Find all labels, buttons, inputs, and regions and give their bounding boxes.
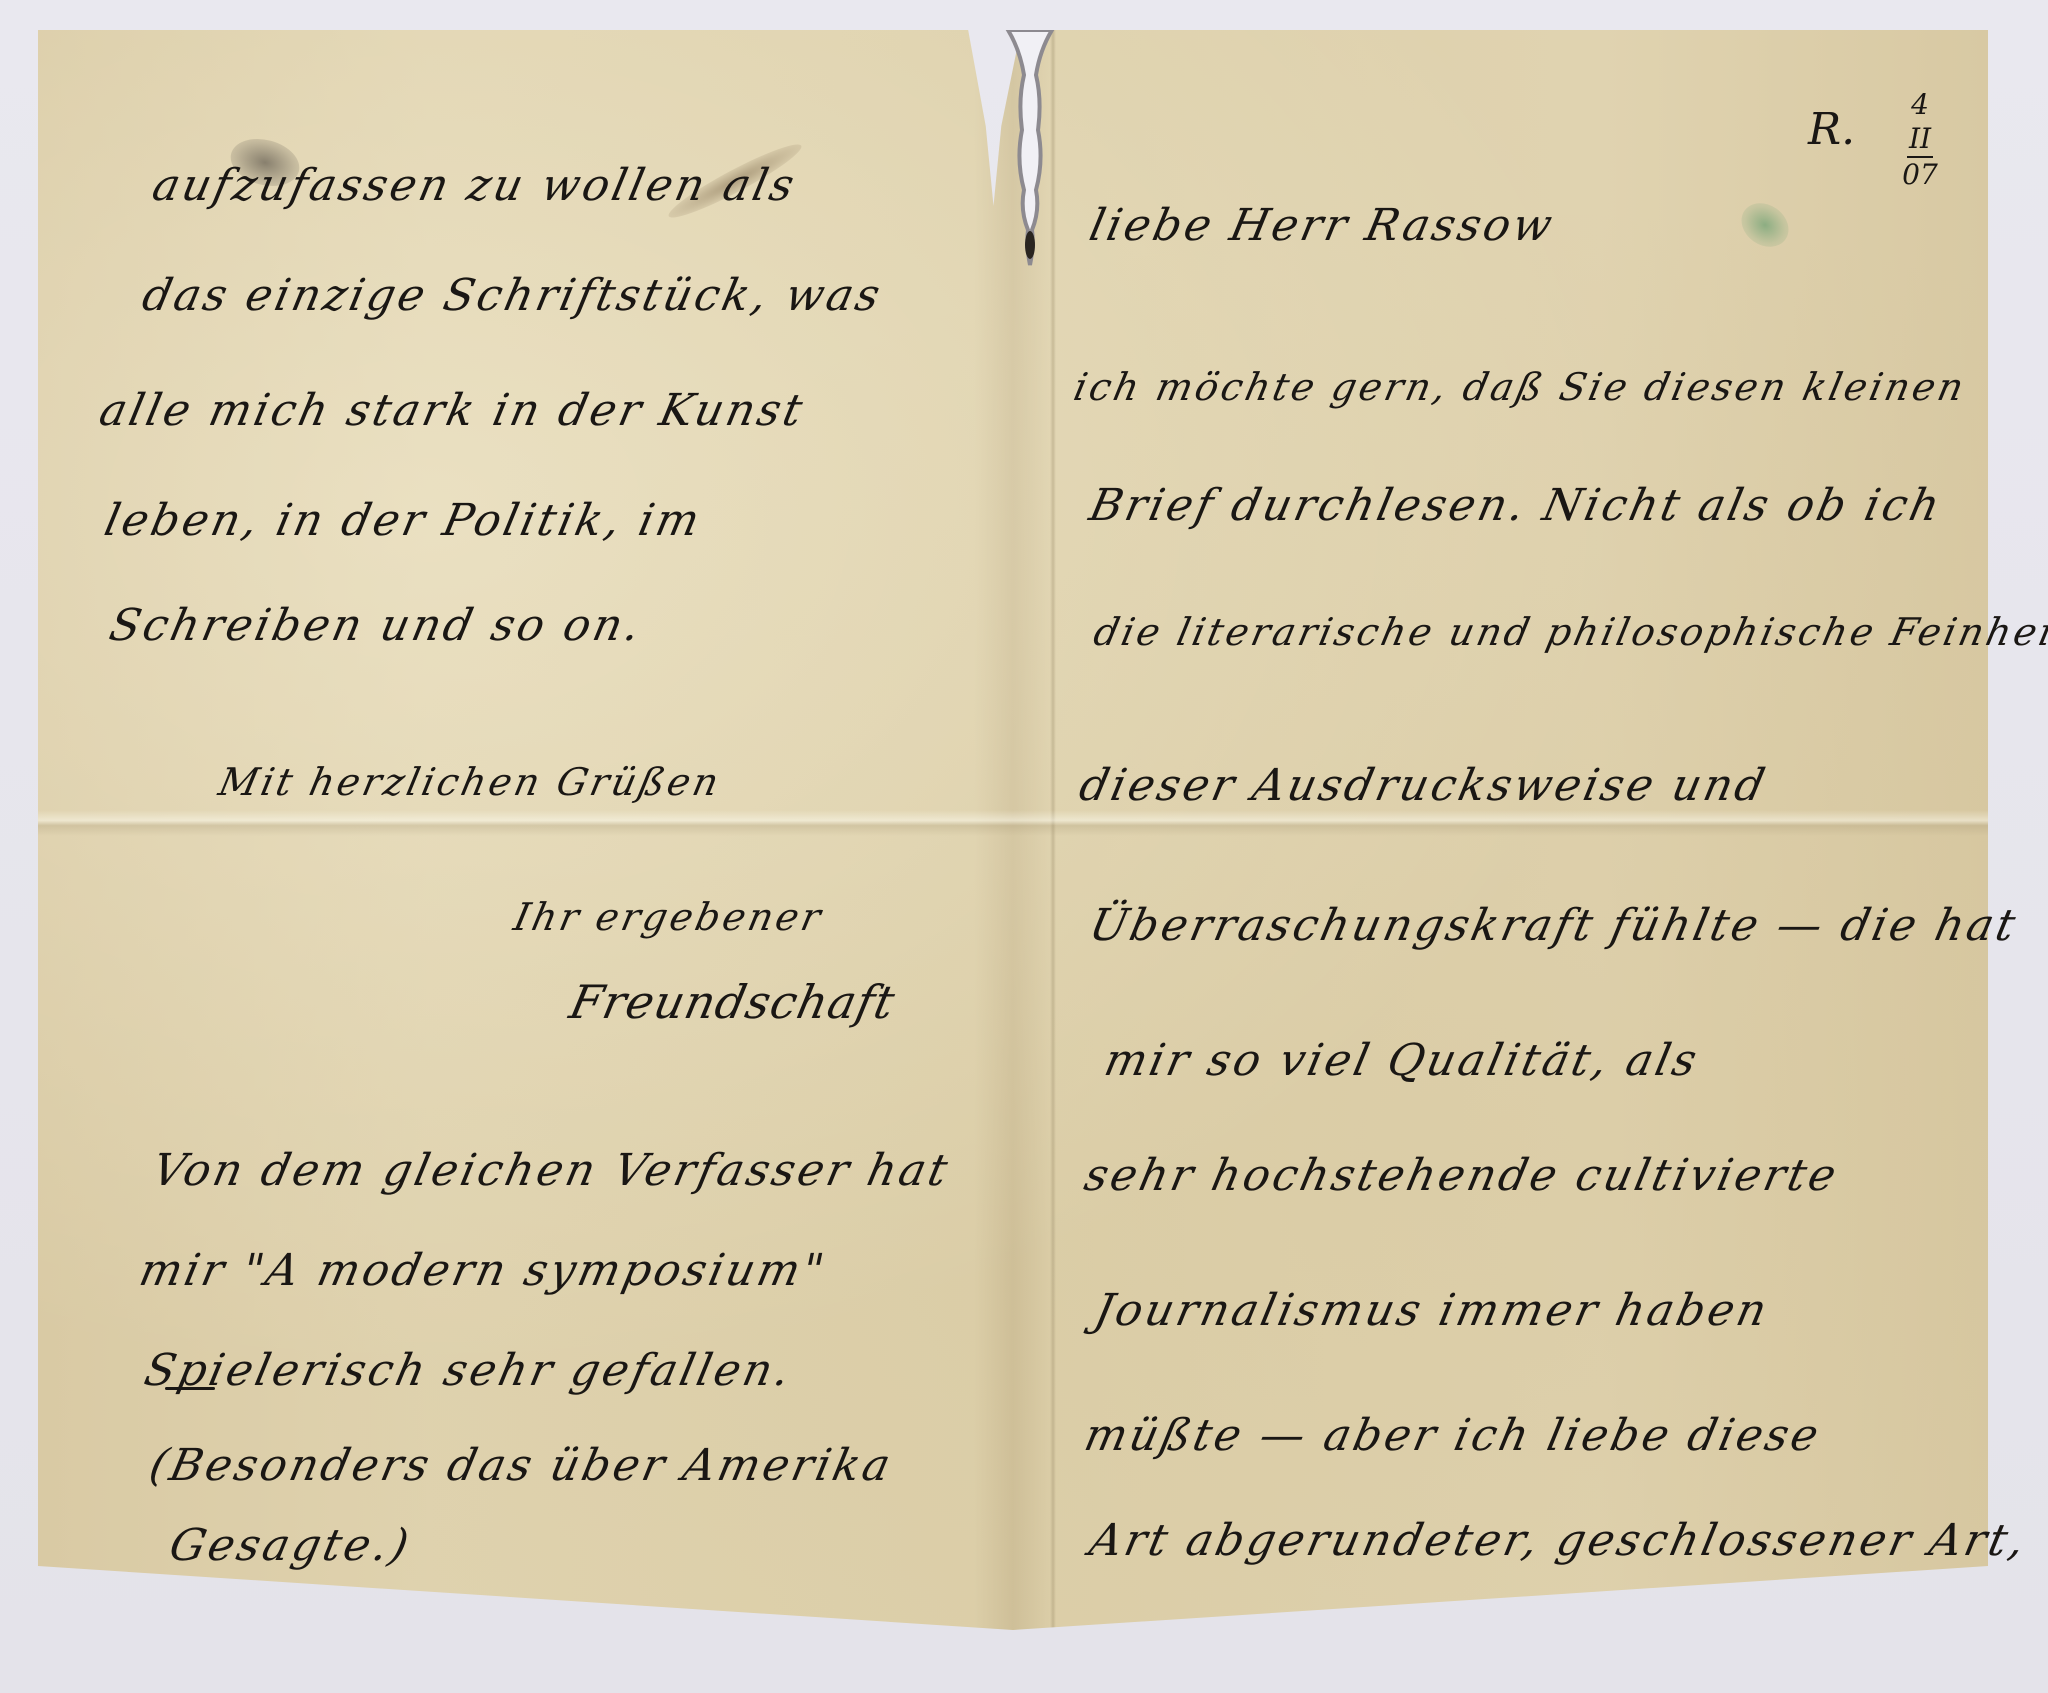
right-line-10: müßte — aber ich liebe diese <box>1080 1410 1826 1461</box>
date-mark: 4 II 07 <box>1900 88 1940 192</box>
right-line-4: die literarische und philosophische Fein… <box>1090 610 2048 654</box>
right-line-9: Journalismus immer haben <box>1090 1285 1774 1336</box>
date-month: II <box>1900 122 1940 156</box>
date-year: 07 <box>1900 158 1940 192</box>
underline-mark <box>165 1387 215 1390</box>
signature: Freundschaft <box>565 975 900 1029</box>
closing-ergebener: Ihr ergebener <box>510 895 827 939</box>
left-line-13: Gesagte.) <box>165 1520 416 1571</box>
right-line-7: mir so viel Qualität, als <box>1100 1035 1704 1086</box>
left-line-12: (Besonders das über Amerika <box>145 1440 898 1491</box>
horizontal-fold-crease <box>38 810 1988 836</box>
scan-background: R. 4 II 07 aufzufassen zu wollen als das… <box>0 0 2048 1693</box>
right-line-11: Art abgerundeter, geschlossener Art, <box>1085 1515 2032 1566</box>
right-line-6: Überraschungskraft fühlte — die hat <box>1085 900 2023 951</box>
salutation: liebe Herr Rassow <box>1085 200 1559 251</box>
right-line-8: sehr hochstehende cultivierte <box>1080 1150 1843 1201</box>
torn-notch <box>1000 30 1060 270</box>
right-line-3: Brief durchlesen. Nicht als ob ich <box>1085 480 1947 531</box>
left-line-10: mir "A modern symposium" <box>135 1245 831 1296</box>
left-line-1: aufzufassen zu wollen als <box>148 160 801 211</box>
left-line-5: Schreiben und so on. <box>105 600 647 651</box>
left-line-2: das einzige Schriftstück, was <box>138 270 887 321</box>
date-day: 4 <box>1900 88 1940 122</box>
left-line-9: Von dem gleichen Verfasser hat <box>148 1145 955 1196</box>
folio-mark: R. <box>1808 104 1855 155</box>
left-line-4: leben, in der Politik, im <box>100 495 707 546</box>
closing-greeting: Mit herzlichen Grüßen <box>215 760 725 804</box>
right-line-2: ich möchte gern, daß Sie diesen kleinen <box>1070 365 1970 409</box>
left-line-11: Spielerisch sehr gefallen. <box>140 1345 797 1396</box>
left-line-3: alle mich stark in der Kunst <box>95 385 810 436</box>
right-line-5: dieser Ausdrucksweise und <box>1075 760 1772 811</box>
